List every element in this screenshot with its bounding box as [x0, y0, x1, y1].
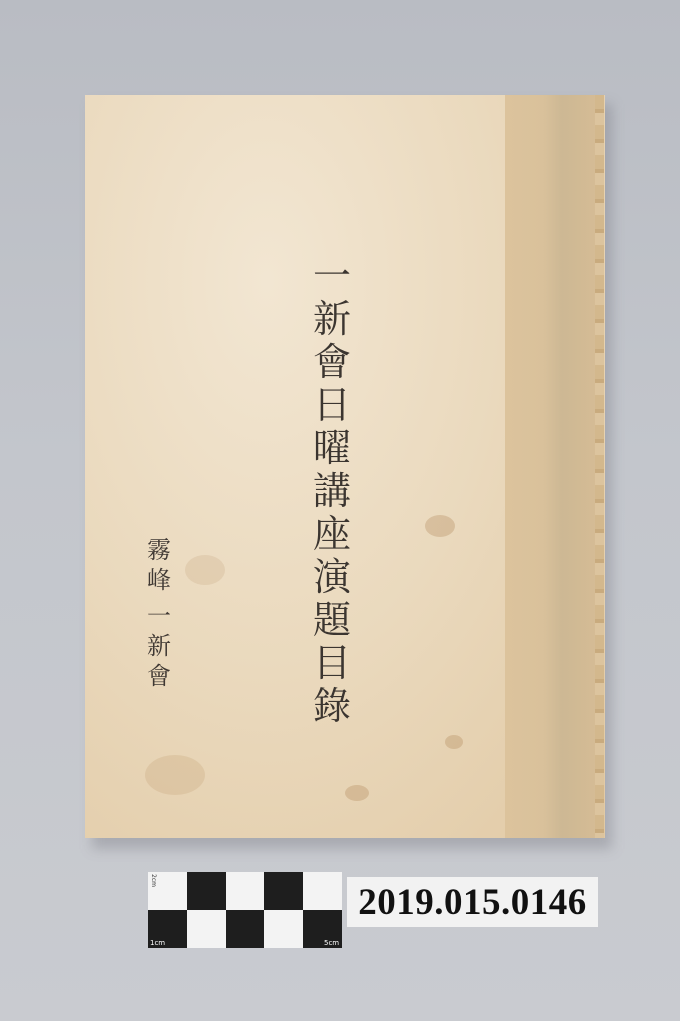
title-char: 座	[313, 513, 351, 556]
stain	[425, 515, 455, 537]
title-char: 題	[313, 599, 351, 642]
title-char: 新	[313, 298, 351, 341]
stain	[345, 785, 369, 801]
color-scale-bar	[148, 872, 342, 948]
stain	[445, 735, 463, 749]
title-char: 錄	[313, 685, 351, 728]
title-char: 演	[313, 556, 351, 599]
page-edges	[595, 95, 604, 838]
scale-left-label: 1cm	[150, 939, 165, 947]
title-char: 會	[313, 341, 351, 384]
publisher-char: 新	[147, 631, 171, 661]
publisher-char: 一	[147, 601, 171, 631]
accession-number-label: 2019.015.0146	[347, 877, 598, 927]
cover-publisher: 霧 峰 一 新 會	[142, 535, 176, 691]
book-spine	[505, 95, 600, 838]
publisher-char: 霧	[147, 535, 171, 565]
title-char: 目	[313, 642, 351, 685]
publisher-char: 會	[147, 661, 171, 691]
stain	[145, 755, 205, 795]
title-char: 講	[313, 470, 351, 513]
title-char: 曜	[313, 427, 351, 470]
scale-top-label: 2cm	[150, 874, 157, 887]
stain	[185, 555, 225, 585]
publisher-char: 峰	[147, 565, 171, 595]
title-char: 一	[313, 255, 351, 298]
title-char: 日	[313, 384, 351, 427]
scale-right-label: 5cm	[324, 939, 339, 947]
cover-title: 一 新 會 日 曜 講 座 演 題 目 錄	[307, 255, 357, 728]
book-cover: 一 新 會 日 曜 講 座 演 題 目 錄 霧 峰 一 新 會	[85, 95, 605, 838]
